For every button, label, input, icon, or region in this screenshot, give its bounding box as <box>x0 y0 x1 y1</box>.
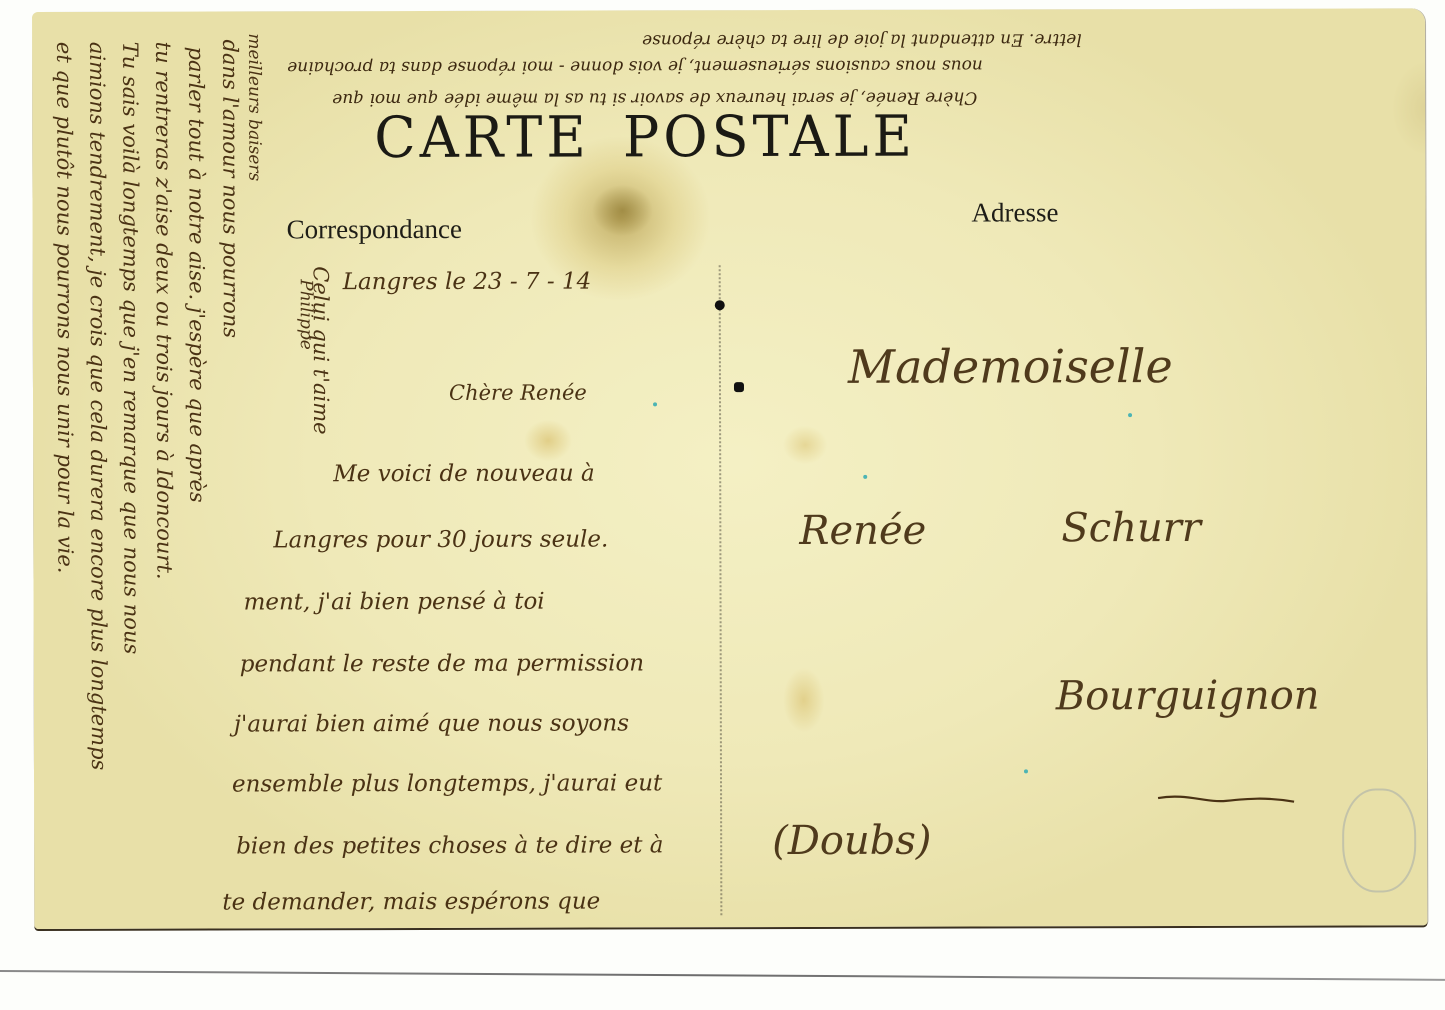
margin-line-1: meilleurs baisers <box>244 33 264 181</box>
ink-blot <box>715 300 725 310</box>
ink-speck <box>863 475 867 479</box>
margin-line-5: Tu sais voilà longtemps que j'en remarqu… <box>118 42 144 655</box>
address-last-name: Schurr <box>1061 505 1201 551</box>
ink-speck <box>1024 769 1028 773</box>
scanner-edge-line <box>0 970 1445 981</box>
margin-line-6: aimions tendrement, je crois que cela du… <box>85 42 111 771</box>
letter-line: pendant le reste de ma permission <box>240 650 644 677</box>
letter-line: ensemble plus longtemps, j'aurai eut <box>232 770 662 797</box>
address-department: (Doubs) <box>772 818 931 864</box>
letter-line: Langres pour 30 jours seule. <box>273 526 608 553</box>
place-date: Langres le 23 - 7 - 14 <box>343 269 592 296</box>
letter-line: j'aurai bien aimé que nous soyons <box>234 710 629 737</box>
letter-line: bien des petites choses à te dire et à <box>236 832 663 859</box>
address-town: Bourguignon <box>1056 673 1320 720</box>
letter-line: Me voici de nouveau à <box>333 461 595 488</box>
upside-down-line-2: nous nous causions sérieusement, je vois… <box>287 56 983 78</box>
address-label: Adresse <box>971 197 1058 228</box>
salutation: Chère Renée <box>449 381 587 405</box>
upside-down-line-1: lettre. En attendant la joie de lire ta … <box>642 29 1082 50</box>
address-first-name: Renée <box>799 508 926 554</box>
address-title: Mademoiselle <box>848 339 1173 394</box>
margin-line-4: tu rentreras z'aise deux ou trois jours … <box>151 42 176 580</box>
underline-flourish <box>1156 793 1296 807</box>
margin-line-3: parler tout à notre aise. j'espère que a… <box>184 47 209 503</box>
postcard: lettre. En attendant la joie de lire ta … <box>32 8 1427 929</box>
letter-line: te demander, mais espérons que <box>222 889 600 916</box>
letter-line: ment, j'ai bien pensé à toi <box>244 589 545 616</box>
ink-speck <box>653 402 657 406</box>
ink-blot <box>734 382 744 392</box>
scan-background: lettre. En attendant la joie de lire ta … <box>0 0 1445 1010</box>
signature-name: Philippe <box>296 279 316 350</box>
ink-speck <box>1128 413 1132 417</box>
margin-line-2: dans l'amour nous pourrons <box>218 39 243 338</box>
pencil-circle-mark <box>1342 788 1416 892</box>
center-divider <box>719 265 723 915</box>
margin-line-7: et que plutôt nous pourrons nous unir po… <box>52 42 77 574</box>
correspondence-label: Correspondance <box>287 214 463 245</box>
postcard-title: CARTE POSTALE <box>374 103 916 171</box>
